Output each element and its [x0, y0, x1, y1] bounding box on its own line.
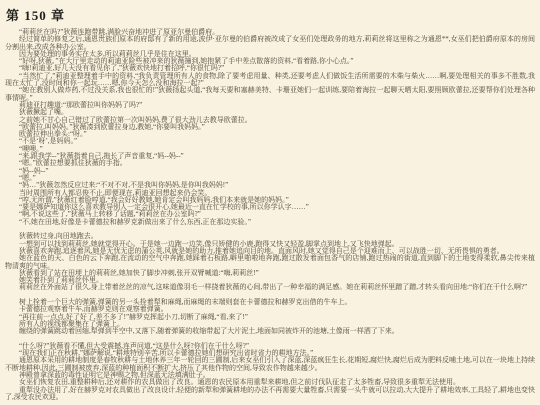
paragraph: 缠绕的弹簧跳动着回缩,犁弹到半空中,又落下,随着弹簧的收缩带起了大片泥土,地面如…: [5, 328, 535, 335]
paragraph: “不,她在田地,好像是卡蕾德拉和赫罗克新做出来了什么东西,正在那边实验。”: [5, 219, 535, 226]
chapter-body: “莉莉丝在吗?”狄薇连跑带跳,满脸兴奋地冲进了原亚尔曼伯爵府。经过简单的修复之后…: [5, 29, 535, 401]
paragraph: 经过简单的修复之后,通恩贵族们原本的府邸有了新的用途,波伊·亚尔曼的伯爵府被改成…: [5, 36, 535, 51]
paragraph: 莉莉丝在外面站了很久,身上带着丝丝的凉气,这味道像羽毛一样挠着狄薇的心间,带出了…: [5, 284, 535, 291]
paragraph: 重犁没办法用了,好在赫罗克对农具做出了改良设计,轻便的新犁和弹簧耕地的办法不再需…: [5, 387, 535, 402]
novel-reader-page: 第 150 章 “莉莉丝在吗?”狄薇连跑带跳,满脸兴奋地冲进了原亚尔曼伯爵府。经…: [0, 0, 540, 405]
paragraph: 她在蓝色的天、白色的云下奔跑,在流动的空气中奔跑,她踩着石板路,噼里啪啦地奔跑,…: [5, 255, 535, 270]
paragraph: 莉迪亚打趣道:“那欧蕾拉叫你妈妈了吗?”: [5, 102, 535, 109]
paragraph: 通恩原本采用的耕地制度是春牧秋耕与土地休养三年一轮回的三圃制,后来女巫们引入了深…: [5, 357, 535, 372]
paragraph: 欧蕾拉伸出拳头:“呀。”: [5, 131, 535, 138]
chapter-title: 第 150 章: [6, 5, 535, 24]
paragraph: “不是‘呀’,是妈妈。”: [5, 138, 535, 145]
paragraph: “妈--妈--”: [5, 168, 535, 175]
paragraph: “嗯。”欧蕾拉想要抓住狄薇的手指。: [5, 160, 535, 167]
paragraph: “她在教别人做炸药,不过没关系,我也很忙的!”狄薇扬起头道,“我每天要和塞赫美特…: [5, 87, 535, 102]
